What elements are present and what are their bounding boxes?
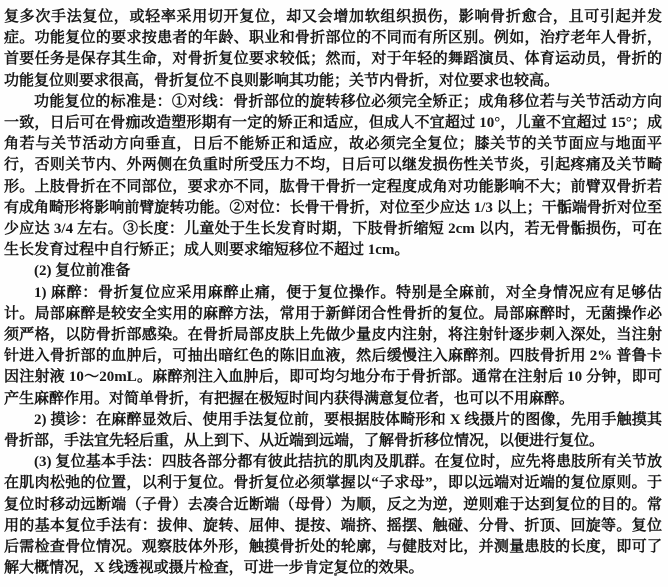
paragraph-continuation-functional-reduction: 复多次手法复位，或轻率采用切开复位，却又会增加软组织损伤，影响骨折愈合，且可引起… bbox=[4, 7, 662, 92]
paragraph-palpation: 2) 摸诊：在麻醉显效后、使用手法复位前，要根据肢体畸形和 X 线摄片的图像，先… bbox=[4, 410, 662, 452]
paragraph-functional-reduction-standards: 功能复位的标准是：①对线：骨折部位的旋转移位必须完全矫正；成角移位若与关节活动方… bbox=[4, 92, 662, 262]
scan-artifact-speck bbox=[334, 573, 337, 576]
paragraph-basic-reduction-techniques: (3) 复位基本手法：四肢各部分都有彼此拮抗的肌肉及肌群。在复位时，应先将患肢所… bbox=[4, 452, 662, 579]
document-page: 复多次手法复位，或轻率采用切开复位，却又会增加软组织损伤，影响骨折愈合，且可引起… bbox=[0, 0, 668, 587]
paragraph-anesthesia: 1) 麻醉：骨折复位应采用麻醉止痛，便于复位操作。特别是全麻前，对全身情况应有足… bbox=[4, 283, 662, 410]
heading-pre-reduction-preparation: (2) 复位前准备 bbox=[4, 261, 662, 282]
